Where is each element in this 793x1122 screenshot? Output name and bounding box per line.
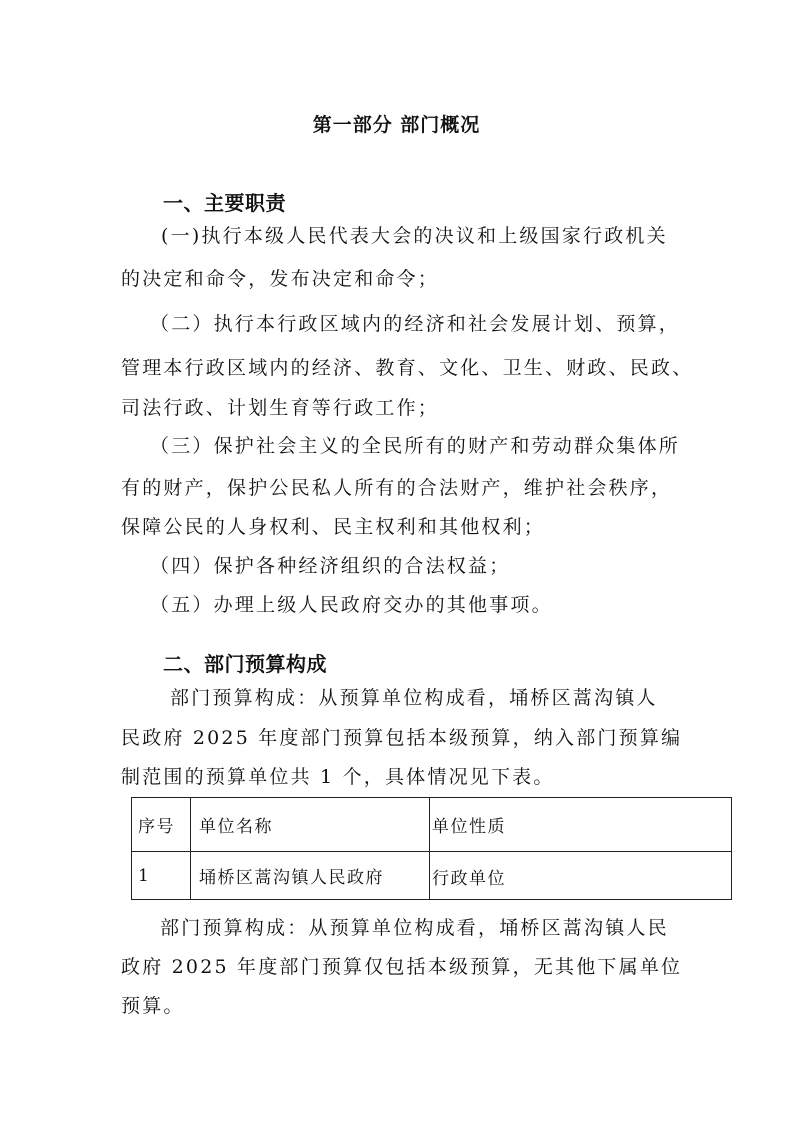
section-heading-main-duties: 一、主要职责 (163, 187, 286, 216)
duty-line: （四）保护各种经济组织的合法权益； (150, 551, 510, 578)
header-unit-name: 单位名称 (191, 798, 430, 852)
intro-line: 民政府 2025 年度部门预算包括本级预算，纳入部门预算编 (121, 723, 682, 750)
header-serial-number: 序号 (132, 798, 191, 852)
duty-line: 管理本行政区域内的经济、教育、文化、卫生、财政、民政、 (121, 353, 693, 380)
duty-line: 有的财产，保护公民私人所有的合法财产，维护社会秩序， (121, 473, 672, 500)
closing-line: 部门预算构成：从预算单位构成看，埇桥区蒿沟镇人民 (160, 913, 669, 940)
cell-unit-name: 埇桥区蒿沟镇人民政府 (191, 852, 430, 900)
duty-line: 的决定和命令，发布决定和命令； (121, 264, 439, 291)
intro-line: 制范围的预算单位共 1 个，具体情况见下表。 (121, 762, 555, 789)
table-header-row: 序号 单位名称 单位性质 (132, 798, 732, 852)
duty-line: 司法行政、计划生育等行政工作； (121, 393, 439, 420)
closing-line: 政府 2025 年度部门预算仅包括本级预算，无其他下属单位 (121, 952, 682, 979)
table-row: 1 埇桥区蒿沟镇人民政府 行政单位 (132, 852, 732, 900)
closing-line: 预算。 (121, 991, 185, 1018)
cell-serial-number: 1 (132, 852, 191, 900)
duty-line: 保障公民的人身权利、民主权利和其他权利； (121, 512, 545, 539)
page-title: 第一部分 部门概况 (0, 110, 793, 137)
duty-line: （二）执行本行政区域内的经济和社会发展计划、预算， (150, 309, 680, 336)
duty-line: (一)执行本级人民代表大会的决议和上级国家行政机关 (161, 221, 668, 248)
duty-line: （五）办理上级人民政府交办的其他事项。 (150, 590, 553, 617)
duty-line: （三）保护社会主义的全民所有的财产和劳动群众集体所 (150, 431, 680, 458)
header-unit-type: 单位性质 (430, 798, 732, 852)
budget-unit-table: 序号 单位名称 单位性质 1 埇桥区蒿沟镇人民政府 行政单位 (131, 797, 732, 900)
intro-line: 部门预算构成：从预算单位构成看，埇桥区蒿沟镇人 (170, 683, 658, 710)
section-heading-budget-composition: 二、部门预算构成 (163, 648, 327, 677)
cell-unit-type: 行政单位 (430, 852, 732, 900)
